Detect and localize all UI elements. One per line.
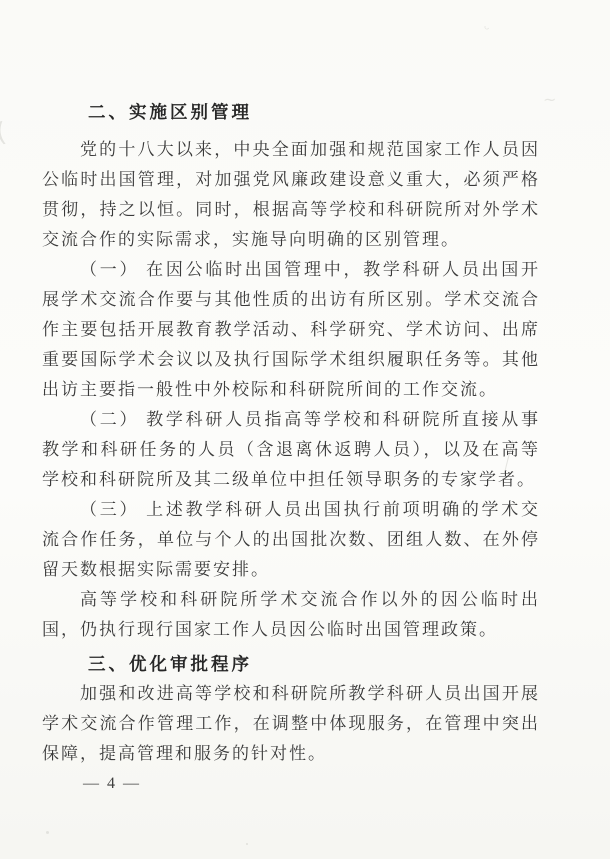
body-paragraph-item-2: （二） 教学科研人员指高等学校和科研院所直接从事教学和科研任务的人员（含退离休返… <box>42 405 540 495</box>
scan-artifact-paren: ( <box>0 117 8 148</box>
section-heading-optimize-approval-procedure: 三、优化审批程序 <box>88 649 540 679</box>
scan-artifact-speck <box>246 843 248 845</box>
body-paragraph-strengthen-improve: 加强和改进高等学校和科研院所教学科研人员出国开展学术交流合作管理工作，在调整中体… <box>42 679 540 769</box>
body-paragraph-item-1: （一） 在因公临时出国管理中，教学科研人员出国开展学术交流合作要与其他性质的出访… <box>42 255 540 405</box>
scanned-document-page: ( ᵕ ~ 二、实施区别管理 党的十八大以来，中央全面加强和规范国家工作人员因公… <box>0 0 610 859</box>
scan-artifact-tilde: ~ <box>543 90 556 109</box>
section-heading-implement-differentiated-management: 二、实施区别管理 <box>88 97 540 127</box>
body-paragraph-intro: 党的十八大以来，中央全面加强和规范国家工作人员因公临时出国管理，对加强党风廉政建… <box>42 135 540 255</box>
page-number: — 4 — <box>83 769 540 799</box>
body-paragraph-item-3: （三） 上述教学科研人员出国执行前项明确的学术交流合作任务，单位与个人的出国批次… <box>42 495 540 585</box>
document-body: 二、实施区别管理 党的十八大以来，中央全面加强和规范国家工作人员因公临时出国管理… <box>42 97 540 799</box>
scan-artifact-speck <box>46 831 49 834</box>
scan-artifact-squiggle: ᵕ <box>479 20 493 39</box>
body-paragraph-other-trips: 高等学校和科研院所学术交流合作以外的因公临时出国，仍执行现行国家工作人员因公临时… <box>42 585 540 645</box>
